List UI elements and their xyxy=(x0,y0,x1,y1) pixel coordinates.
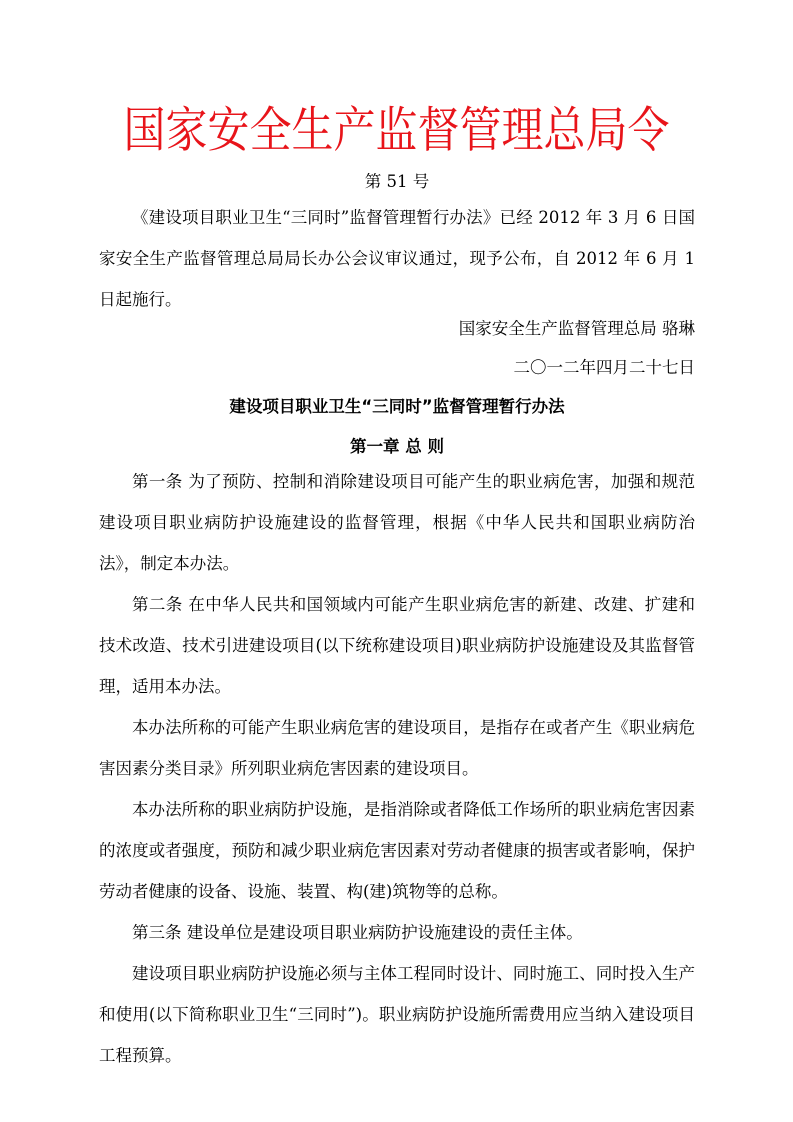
articles-block: 第一条 为了预防、控制和消除建设项目可能产生的职业病危害，加强和规范建设项目职业… xyxy=(99,461,695,1076)
signatory: 国家安全生产监督管理总局 骆琳 xyxy=(459,317,695,341)
article-2: 第二条 在中华人民共和国领域内可能产生职业病危害的新建、改建、扩建和技术改造、技… xyxy=(99,584,695,707)
chapter-title: 第一章 总 则 xyxy=(99,435,695,459)
article-1: 第一条 为了预防、控制和消除建设项目可能产生的职业病危害，加强和规范建设项目职业… xyxy=(99,461,695,584)
promulgation-text: 《建设项目职业卫生“三同时”监督管理暂行办法》已经 2012 年 3 月 6 日… xyxy=(99,197,695,320)
regulation-title: 建设项目职业卫生“三同时”监督管理暂行办法 xyxy=(99,395,695,419)
article-2-clause-1: 本办法所称的可能产生职业病危害的建设项目，是指存在或者产生《职业病危害因素分类目… xyxy=(99,707,695,789)
article-2-clause-2: 本办法所称的职业病防护设施，是指消除或者降低工作场所的职业病危害因素的浓度或者强… xyxy=(99,789,695,912)
promulgation-block: 《建设项目职业卫生“三同时”监督管理暂行办法》已经 2012 年 3 月 6 日… xyxy=(99,197,695,320)
issue-date: 二〇一二年四月二十七日 xyxy=(514,356,696,380)
document-page: 国家安全生产监督管理总局令 第 51 号 《建设项目职业卫生“三同时”监督管理暂… xyxy=(0,0,793,1122)
article-3-clause-1: 建设项目职业病防护设施必须与主体工程同时设计、同时施工、同时投入生产和使用(以下… xyxy=(99,953,695,1076)
order-number: 第 51 号 xyxy=(99,170,695,194)
article-3: 第三条 建设单位是建设项目职业病防护设施建设的责任主体。 xyxy=(99,912,695,953)
decree-title: 国家安全生产监督管理总局令 xyxy=(100,98,693,162)
